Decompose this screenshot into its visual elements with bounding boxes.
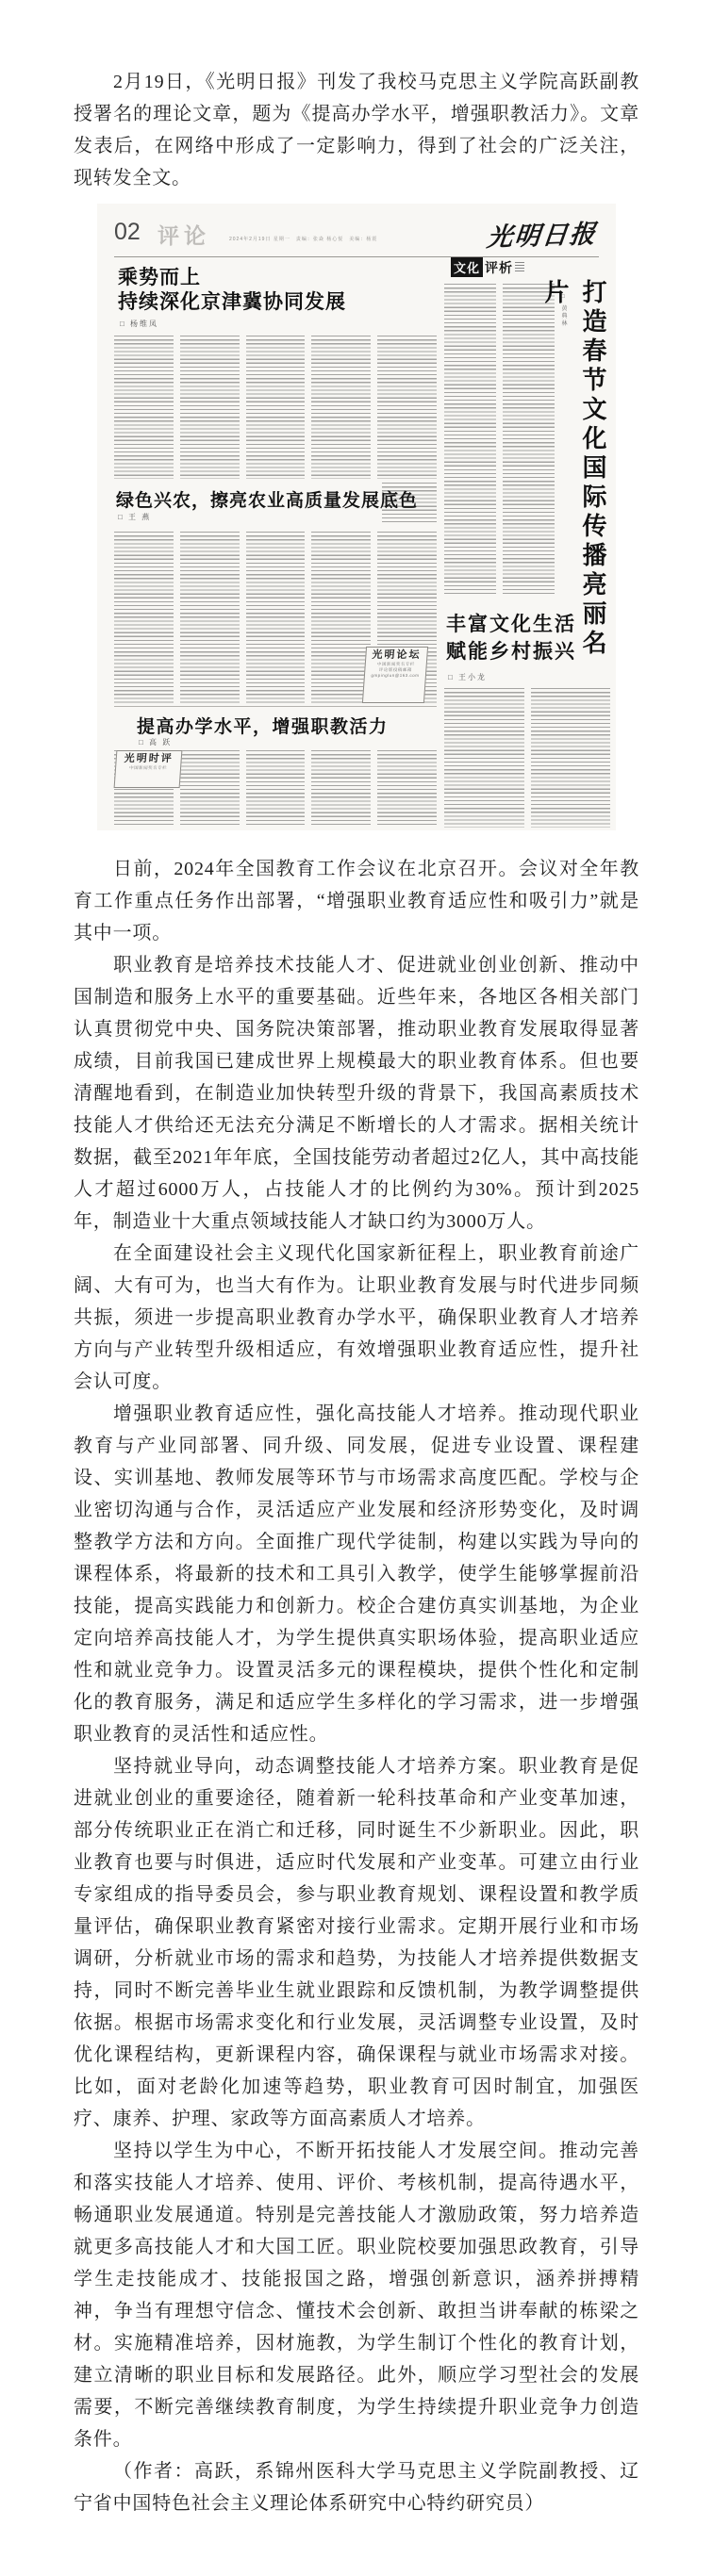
- newsprint-column: [246, 336, 306, 479]
- newsprint-column: [180, 532, 240, 703]
- body-paragraph: 增强职业教育适应性，强化高技能人才培养。推动现代职业教育与产业同部署、同升级、同…: [74, 1398, 639, 1750]
- newsprint-column: [311, 336, 371, 479]
- culture-review-label: 文化 评析: [451, 257, 524, 277]
- newsprint-column: [246, 532, 306, 703]
- newspaper-masthead-logo: 光明日报: [486, 213, 600, 254]
- stamp-title: 光明论坛: [367, 649, 426, 662]
- newspaper-section-title: 评论: [158, 219, 210, 250]
- headline-line1: 丰富文化生活: [446, 611, 576, 638]
- body-paragraph: 坚持就业导向，动态调整技能人才培养方案。职业教育是促进就业创业的重要途径，随着新…: [74, 1750, 639, 2135]
- newsprint-column: [531, 688, 611, 828]
- stamp-subtitle: 中国新闻奖名专栏: [117, 765, 179, 771]
- newsprint-column: [246, 750, 306, 828]
- stamp-title: 光明时评: [117, 753, 180, 765]
- headline-vocational-education: 提高办学水平，增强职教活力: [137, 713, 389, 738]
- culture-label-text: 评析: [485, 258, 513, 277]
- newsprint-column: [180, 750, 240, 828]
- newspaper-page-number: 02: [114, 219, 141, 246]
- newsprint-column: [444, 284, 496, 595]
- divider: [114, 256, 599, 257]
- headline-line2: 赋能乡村振兴: [446, 638, 576, 665]
- newsprint-column: [180, 336, 240, 479]
- byline-article1: □ 杨维凤: [120, 319, 158, 329]
- byline-article3: □ 高 跃: [139, 737, 172, 747]
- headline-rural-revitalization: 丰富文化生活 赋能乡村振兴: [446, 611, 576, 665]
- newspaper-date-meta: 2024年2月19日 星期一 责编：张焱 杨心悦 美编：杨震: [229, 236, 377, 242]
- guangming-forum-stamp: 光明论坛 中国新闻奖名专栏 评论版投稿邮箱 gmpinglun@163.com: [362, 647, 428, 703]
- newsprint-column: [382, 483, 437, 524]
- byline-article5: □ 王小龙: [448, 672, 487, 682]
- article4-columns: [444, 284, 555, 595]
- newsprint-column: [114, 532, 174, 703]
- headline-line1: 乘势而上: [118, 266, 346, 290]
- guangming-shiping-stamp: 光明时评 中国新闻奖名专栏: [114, 750, 183, 788]
- byline-article2: □ 王 燕: [118, 512, 151, 522]
- newsprint-column: [377, 750, 437, 828]
- newsprint-column: [311, 532, 371, 703]
- culture-label-black-box: 文化: [451, 257, 483, 277]
- body-paragraph: 职业教育是培养技术技能人才、促进就业创业创新、推动中国制造和服务上水平的重要基础…: [74, 949, 639, 1238]
- body-paragraph: 日前，2024年全国教育工作会议在北京召开。会议对全年教育工作重点任务作出部署，…: [74, 853, 639, 949]
- author-note: （作者：高跃，系锦州医科大学马克思主义学院副教授、辽宁省中国特色社会主义理论体系…: [74, 2455, 639, 2519]
- culture-label-decoration: [515, 262, 524, 273]
- stamp-email: gmpinglun@163.com: [366, 673, 424, 679]
- newspaper-header: 02 评论 2024年2月19日 星期一 责编：张焱 杨心悦 美编：杨震 光明日…: [114, 211, 599, 254]
- newsprint-column: [114, 336, 174, 479]
- body-paragraph: 在全面建设社会主义现代化国家新征程上，职业教育前途广阔、大有可为，也当大有作为。…: [74, 1238, 639, 1398]
- headline-line2: 持续深化京津冀协同发展: [118, 290, 346, 315]
- divider: [114, 706, 437, 707]
- article1-columns: [114, 336, 437, 479]
- newspaper-scan-image: 02 评论 2024年2月19日 星期一 责编：张焱 杨心悦 美编：杨震 光明日…: [97, 204, 616, 830]
- body-paragraph: 坚持以学生为中心，不断开拓技能人才发展空间。推动完善和落实技能人才培养、使用、评…: [74, 2135, 639, 2455]
- article5-columns: [444, 688, 610, 828]
- newsprint-column: [503, 284, 555, 595]
- newsprint-column: [444, 688, 524, 828]
- intro-paragraph: 2月19日，《光明日报》刊发了我校马克思主义学院高跃副教授署名的理论文章，题为《…: [74, 66, 639, 194]
- newsprint-column: [311, 750, 371, 828]
- headline-green-agriculture: 绿色兴农，擦亮农业高质量发展底色: [116, 486, 418, 512]
- headline-jingjinji: 乘势而上 持续深化京津冀协同发展: [118, 266, 346, 315]
- newsprint-column: [377, 336, 437, 479]
- vertical-headline-spring-festival: 打造春节文化国际传播亮丽名片: [572, 279, 612, 686]
- article-document: 2月19日，《光明日报》刊发了我校马克思主义学院高跃副教授署名的理论文章，题为《…: [0, 0, 713, 2576]
